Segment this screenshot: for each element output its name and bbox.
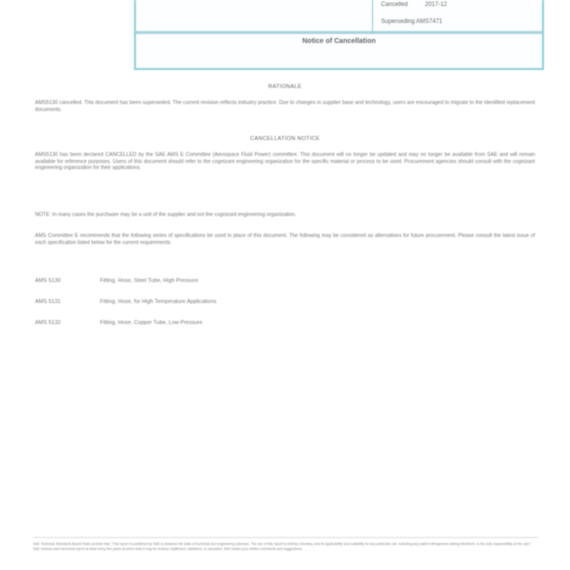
meta-row-cancelled: Cancelled 2017-12 xyxy=(381,2,408,8)
meta-row-superseding: Superseding AMS7471 xyxy=(381,19,442,25)
meta-value: 2017-12 xyxy=(425,2,447,8)
meta-label: Cancelled xyxy=(381,2,408,8)
reference-title: Fitting, Hose, for High Temperature Appl… xyxy=(100,299,216,305)
rationale-heading: RATIONALE xyxy=(0,84,570,90)
reference-title: Fitting, Hose, Copper Tube, Low Pressure xyxy=(100,320,202,326)
meta-label: Superseding AMS7471 xyxy=(381,19,442,25)
cancellation-heading: CANCELLATION NOTICE xyxy=(0,136,570,142)
reference-code: AMS 5132 xyxy=(35,320,61,326)
header-top-section: Cancelled 2017-12 Superseding AMS7471 xyxy=(136,0,542,34)
reference-code: AMS 5131 xyxy=(35,299,61,305)
reference-row: AMS 5131 Fitting, Hose, for High Tempera… xyxy=(35,299,61,305)
reference-row: AMS 5132 Fitting, Hose, Copper Tube, Low… xyxy=(35,320,61,326)
reference-code: AMS 5130 xyxy=(35,278,61,284)
replacement-text: AMS Committee E recommends that the foll… xyxy=(35,233,535,246)
note-text: NOTE: In many cases the purchaser may be… xyxy=(35,212,535,219)
rationale-text: AMS5130 cancelled. This document has bee… xyxy=(35,100,535,113)
cancellation-text: AMS5130 has been declared CANCELLED by t… xyxy=(35,152,535,172)
reference-title: Fitting, Hose, Steel Tube, High Pressure xyxy=(100,278,198,284)
document-title: Notice of Cancellation xyxy=(136,38,542,45)
reference-row: AMS 5130 Fitting, Hose, Steel Tube, High… xyxy=(35,278,61,284)
footer-legal-text: SAE Technical Standards Board Rules prov… xyxy=(33,537,538,552)
header-meta: Cancelled 2017-12 Superseding AMS7471 xyxy=(372,0,545,34)
document-header-box: Cancelled 2017-12 Superseding AMS7471 No… xyxy=(134,0,544,70)
